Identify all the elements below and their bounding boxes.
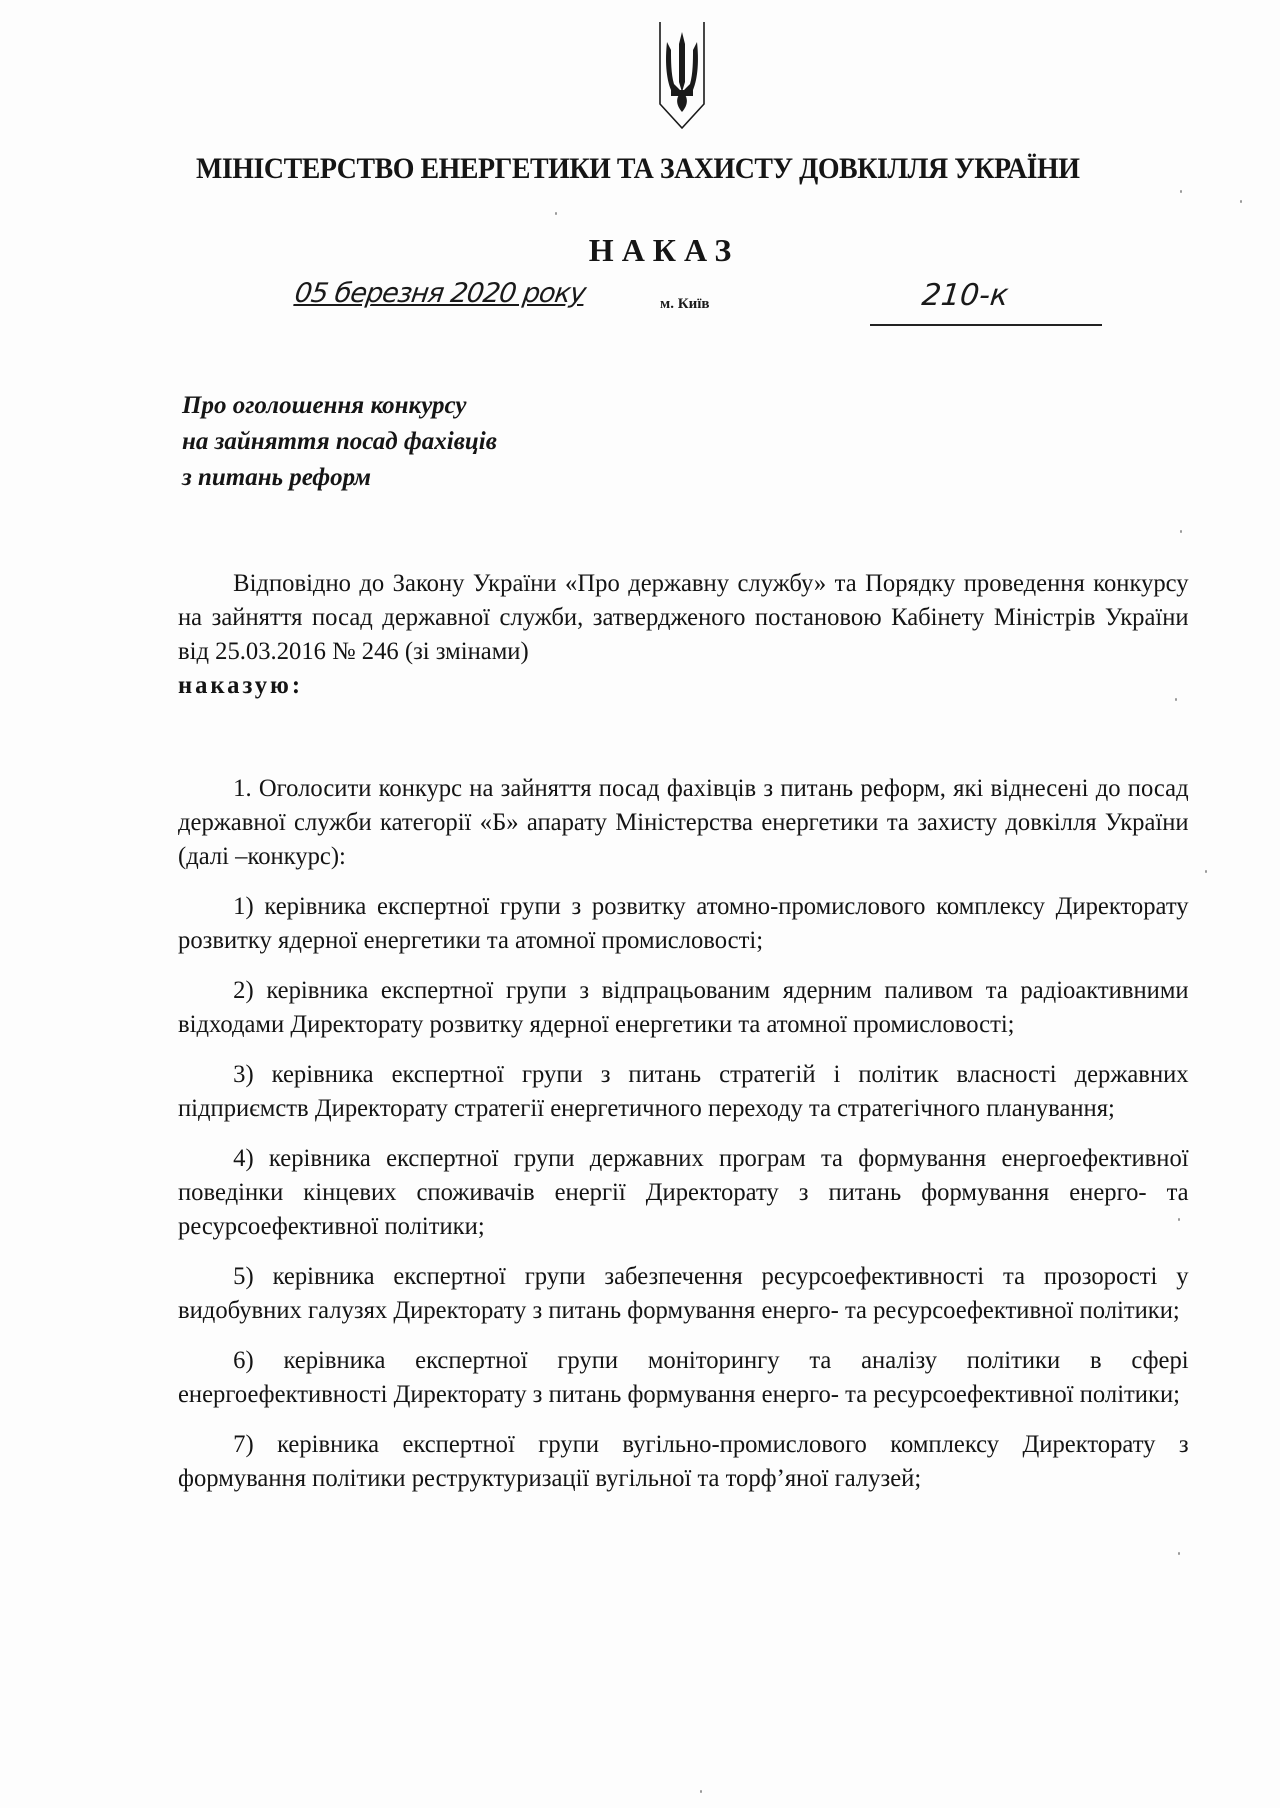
document-page: МІНІСТЕРСТВО ЕНЕРГЕТИКИ ТА ЗАХИСТУ ДОВКІ… — [0, 0, 1280, 1808]
position-item: 2) керівника експертної групи з відпраць… — [178, 974, 1189, 1042]
scan-speck — [1180, 190, 1182, 193]
trident-coat-of-arms-icon — [658, 20, 706, 130]
scan-speck — [1178, 1218, 1180, 1221]
order-points: 1. Оголосити конкурс на зайняття посад ф… — [178, 772, 1189, 1512]
decree-word: наказую: — [178, 669, 1189, 703]
scan-speck — [700, 1790, 702, 1793]
scan-speck — [555, 212, 557, 215]
subject-line: з питань реформ — [182, 460, 497, 496]
position-item: 6) керівника експертної групи моніторинг… — [178, 1344, 1189, 1412]
city-label: м. Київ — [660, 296, 710, 313]
handwritten-date: 05 березня 2020 року — [293, 278, 587, 309]
order-point-1: 1. Оголосити конкурс на зайняття посад ф… — [178, 772, 1189, 874]
scan-speck — [1180, 530, 1182, 533]
position-item: 7) керівника експертної групи вугільно-п… — [178, 1428, 1189, 1496]
position-item: 5) керівника експертної групи забезпечен… — [178, 1260, 1189, 1328]
subject-line: Про оголошення конкурсу — [182, 388, 497, 424]
handwritten-order-number: 210-к — [920, 278, 1010, 313]
preamble: Відповідно до Закону України «Про держав… — [178, 567, 1189, 703]
scan-speck — [1205, 870, 1207, 873]
scan-speck — [1175, 698, 1177, 701]
position-item: 1) керівника експертної групи з розвитку… — [178, 890, 1189, 958]
document-type-title: НАКАЗ — [0, 232, 1280, 269]
subject-line: на зайняття посад фахівців — [182, 424, 497, 460]
position-item: 3) керівника експертної групи з питань с… — [178, 1058, 1189, 1126]
order-subject: Про оголошення конкурсу на зайняття поса… — [182, 388, 497, 496]
ministry-name: МІНІСТЕРСТВО ЕНЕРГЕТИКИ ТА ЗАХИСТУ ДОВКІ… — [196, 152, 1126, 186]
order-number-field: 210-к — [870, 272, 1102, 326]
scan-speck — [1240, 200, 1242, 203]
position-item: 4) керівника експертної групи державних … — [178, 1142, 1189, 1244]
scan-speck — [1178, 1552, 1180, 1555]
preamble-text: Відповідно до Закону України «Про держав… — [178, 567, 1189, 669]
